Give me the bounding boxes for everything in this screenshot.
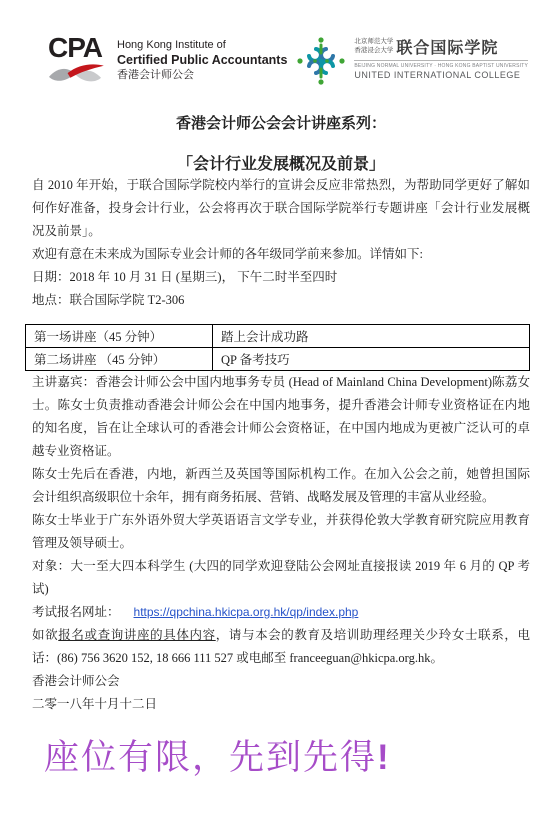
speaker-experience-paragraph: 陈女士先后在香港，内地，新西兰及英国等国际机构工作。在加入公会之前，她曾担国际会… [32, 463, 530, 509]
uic-emblem-icon [296, 35, 346, 92]
banner-exclamation: ! [377, 738, 391, 777]
signature-org: 香港会计师公会 [32, 670, 530, 693]
welcome-paragraph: 欢迎有意在未来成为国际专业会计师的各年级同学前来参加。详情如下: [32, 243, 530, 266]
event-venue-line: 地点：联合国际学院 T2-306 [32, 289, 530, 312]
page-title-line1: 香港会计师公会会计讲座系列： [32, 112, 530, 133]
registration-label: 考试报名网址： [32, 605, 120, 619]
uic-cn-universities: 北京师范大学 香港浸会大学 [354, 38, 393, 56]
cpa-leaves-icon [44, 75, 106, 92]
uic-cn-row: 北京师范大学 香港浸会大学 联合国际学院 [354, 35, 528, 58]
uic-en-small: BEIJING NORMAL UNIVERSITY · HONG KONG BA… [354, 60, 528, 69]
table-row: 第二场讲座 （45 分钟） QP 备考技巧 [26, 348, 530, 371]
cpa-en-line2: Certified Public Accountants [117, 53, 287, 69]
cpa-cn-line: 香港会计师公会 [117, 69, 287, 83]
session-1-cell: 第一场讲座（45 分钟） [26, 325, 213, 348]
registration-link[interactable]: https://qpchina.hkicpa.org.hk/qp/index.p… [134, 605, 359, 619]
schedule-table: 第一场讲座（45 分钟） 踏上会计成功路 第二场讲座 （45 分钟） QP 备考… [25, 324, 530, 371]
table-row: 第一场讲座（45 分钟） 踏上会计成功路 [26, 325, 530, 348]
uic-logo: 北京师范大学 香港浸会大学 联合国际学院 BEIJING NORMAL UNIV… [296, 35, 528, 92]
audience-line: 对象：大一至大四本科学生 (大四的同学欢迎登陆公会网址直接报读 2019 年 6… [32, 555, 530, 601]
intro-paragraph: 自 2010 年开始，于联合国际学院校内举行的宣讲会反应非常热烈，为帮助同学更好… [32, 174, 530, 243]
page-title-line2: 「会计行业发展概况及前景」 [32, 151, 530, 174]
uic-text: 北京师范大学 香港浸会大学 联合国际学院 BEIJING NORMAL UNIV… [354, 35, 528, 80]
topic-2-cell: QP 备考技巧 [213, 348, 530, 371]
banner-text: 座位有限，先到先得 [44, 738, 377, 777]
cpa-acronym: CPA [44, 34, 106, 62]
header-logos: CPA Hong Kong Institute of Certified Pub… [32, 34, 530, 94]
cpa-en-line1: Hong Kong Institute of [117, 39, 287, 53]
session-2-cell: 第二场讲座 （45 分钟） [26, 348, 213, 371]
speaker-education-paragraph: 陈女士毕业于广东外语外贸大学英语语言文学专业，并获得伦敦大学教育研究院应用教育管… [32, 509, 530, 555]
contact-paragraph: 如欲报名或查询讲座的具体内容，请与本会的教育及培训助理经理关少玲女士联系，电话：… [32, 624, 530, 670]
uic-cn-large: 联合国际学院 [396, 35, 498, 58]
flyer-page: CPA Hong Kong Institute of Certified Pub… [0, 0, 548, 826]
uic-cn-small-line2: 香港浸会大学 [354, 47, 393, 56]
registration-line: 考试报名网址：https://qpchina.hkicpa.org.hk/qp/… [32, 601, 530, 624]
signature-date: 二零一八年十月十二日 [32, 693, 530, 716]
cpa-logo: CPA Hong Kong Institute of Certified Pub… [44, 34, 287, 93]
contact-underlined-text: 报名或查询讲座的具体内容 [58, 628, 215, 642]
cpa-text: Hong Kong Institute of Certified Public … [117, 34, 287, 93]
event-date-line: 日期：2018 年 10 月 31 日 (星期三)， 下午二时半至四时 [32, 266, 530, 289]
uic-cn-small-line1: 北京师范大学 [354, 38, 393, 47]
speaker-intro-paragraph: 主讲嘉宾：香港会计师公会中国内地事务专员 (Head of Mainland C… [32, 371, 530, 463]
seats-limited-banner: 座位有限，先到先得! [32, 730, 530, 780]
contact-prefix: 如欲 [32, 628, 58, 642]
uic-en-large: UNITED INTERNATIONAL COLLEGE [354, 70, 528, 80]
cpa-mark: CPA [44, 34, 106, 93]
topic-1-cell: 踏上会计成功路 [213, 325, 530, 348]
